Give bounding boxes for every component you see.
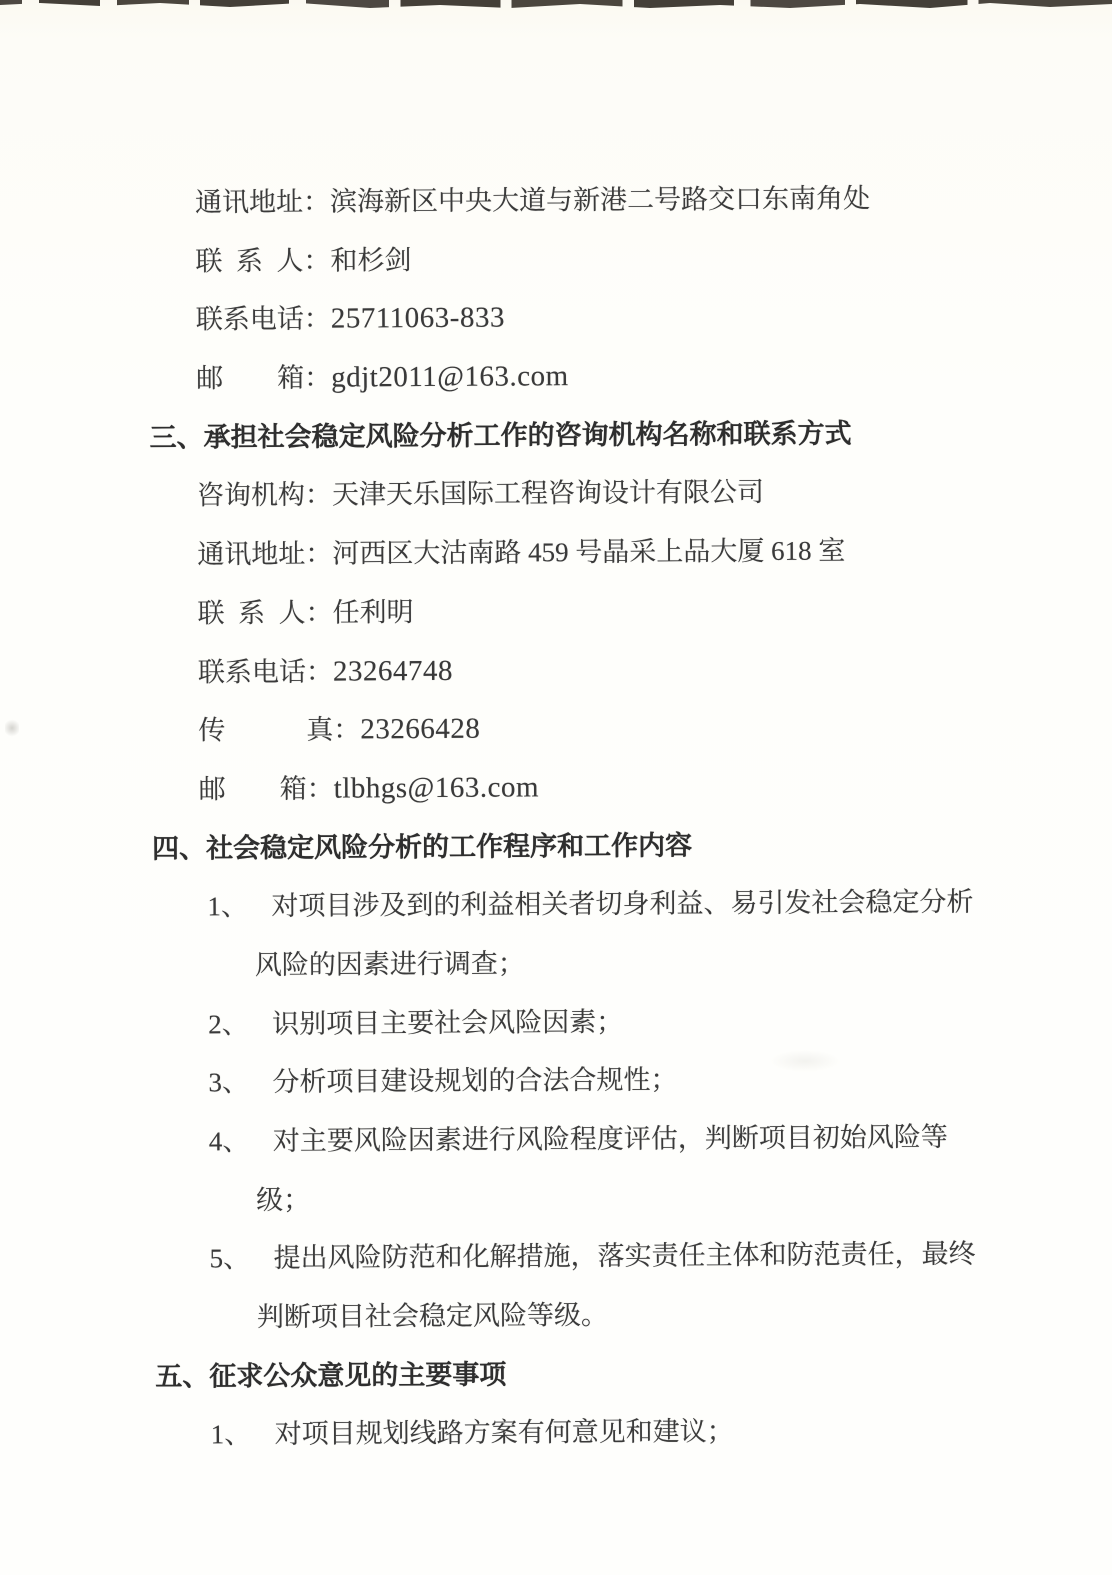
scan-edge-artifact <box>0 0 1112 8</box>
list-item-4-5-continued: 判断项目社会稳定风险等级。 <box>7 1292 1112 1357</box>
list-item-text: 识别项目主要社会风险因素； <box>272 1001 623 1062</box>
list-item-text: 提出风险防范和化解措施，落实责任主体和防范责任，最终 <box>273 1234 975 1297</box>
field-value: 河西区大沽南路 459 号晶采上品大厦 618 室 <box>332 536 845 569</box>
field-value: 和杉剑 <box>330 245 411 275</box>
field-label: 邮 箱： <box>196 363 331 394</box>
section-5-heading: 五、征求公众意见的主要事项 <box>7 1351 1112 1416</box>
field-phone: 联系电话：25711063-833 <box>1 294 1112 359</box>
field-value: 天津天乐国际工程咨询设计有限公司 <box>332 477 764 510</box>
field-label: 邮 箱： <box>199 773 334 804</box>
field-label: 联系电话： <box>198 656 333 687</box>
list-item-number: 3、 <box>208 1062 272 1121</box>
field-label: 通讯地址： <box>195 187 330 218</box>
field-label: 咨询机构： <box>197 480 332 511</box>
list-item-number: 1、 <box>211 1414 275 1473</box>
field-label: 联 系 人： <box>195 245 330 276</box>
list-item-4-5: 5、提出风险防范和化解措施，落实责任主体和防范责任，最终 <box>6 1233 1112 1298</box>
field-value: gdjt2011@163.com <box>331 360 569 393</box>
field-value: 任利明 <box>333 597 414 627</box>
list-item-4-3: 3、分析项目建设规划的合法合规性； <box>5 1057 1112 1122</box>
field-email: 邮 箱：tlbhgs@163.com <box>4 764 1112 829</box>
field-value: 25711063-833 <box>331 302 505 335</box>
list-item-number: 2、 <box>208 1004 272 1063</box>
section-3-consulting-agency: 三、承担社会稳定风险分析工作的咨询机构名称和联系方式 咨询机构：天津天乐国际工程… <box>1 412 1112 830</box>
field-label: 联 系 人： <box>198 597 333 628</box>
field-value: 23266428 <box>360 713 480 746</box>
section-4-work-procedure: 四、社会稳定风险分析的工作程序和工作内容 1、对项目涉及到的利益相关者切身利益、… <box>4 822 1112 1357</box>
section-owner-contact: 通讯地址：滨海新区中央大道与新港二号路交口东南角处 联 系 人：和杉剑 联系电话… <box>0 177 1112 419</box>
list-item-4-4-continued: 级； <box>6 1174 1112 1239</box>
field-postal-address: 通讯地址：滨海新区中央大道与新港二号路交口东南角处 <box>0 177 1112 242</box>
field-label: 联系电话： <box>196 304 331 335</box>
list-item-text: 对项目涉及到的利益相关者切身利益、易引发社会稳定分析 <box>271 882 973 945</box>
field-label: 通讯地址： <box>197 539 332 570</box>
list-item-text: 对主要风险因素进行风险程度评估，判断项目初始风险等 <box>273 1117 948 1180</box>
field-value: 滨海新区中央大道与新港二号路交口东南角处 <box>330 183 870 216</box>
section-4-heading: 四、社会稳定风险分析的工作程序和工作内容 <box>4 822 1112 887</box>
list-item-number: 1、 <box>207 886 271 945</box>
list-item-text: 对项目规划线路方案有何意见和建议； <box>275 1412 734 1473</box>
field-fax: 传 真：23266428 <box>3 705 1112 770</box>
section-5-public-opinion-items: 五、征求公众意见的主要事项 1、对项目规划线路方案有何意见和建议； <box>7 1351 1112 1475</box>
field-agency-name: 咨询机构：天津天乐国际工程咨询设计有限公司 <box>2 470 1112 535</box>
field-phone: 联系电话：23264748 <box>3 646 1112 711</box>
section-3-heading: 三、承担社会稳定风险分析工作的咨询机构名称和联系方式 <box>1 412 1112 477</box>
scanned-document-page: 通讯地址：滨海新区中央大道与新港二号路交口东南角处 联 系 人：和杉剑 联系电话… <box>0 0 1112 1575</box>
list-item-4-4: 4、对主要风险因素进行风险程度评估，判断项目初始风险等 <box>6 1116 1112 1181</box>
list-item-text: 分析项目建设规划的合法合规性； <box>272 1060 677 1121</box>
list-item-4-1: 1、对项目涉及到的利益相关者切身利益、易引发社会稳定分析 <box>4 881 1112 946</box>
list-item-number: 5、 <box>209 1238 273 1297</box>
list-item-number: 4、 <box>209 1121 273 1180</box>
field-value: 23264748 <box>333 654 453 687</box>
field-postal-address: 通讯地址：河西区大沽南路 459 号晶采上品大厦 618 室 <box>2 529 1112 594</box>
field-contact-person: 联 系 人：任利明 <box>3 588 1112 653</box>
field-contact-person: 联 系 人：和杉剑 <box>0 236 1112 301</box>
list-item-4-2: 2、识别项目主要社会风险因素； <box>5 998 1112 1063</box>
field-label: 传 真： <box>198 715 360 746</box>
list-item-5-1: 1、对项目规划线路方案有何意见和建议； <box>8 1409 1112 1474</box>
field-value: tlbhgs@163.com <box>334 771 539 804</box>
document-body: 通讯地址：滨海新区中央大道与新港二号路交口东南角处 联 系 人：和杉剑 联系电话… <box>0 177 1112 1475</box>
list-item-4-1-continued: 风险的因素进行调查； <box>5 940 1112 1005</box>
field-email: 邮 箱：gdjt2011@163.com <box>1 353 1112 418</box>
